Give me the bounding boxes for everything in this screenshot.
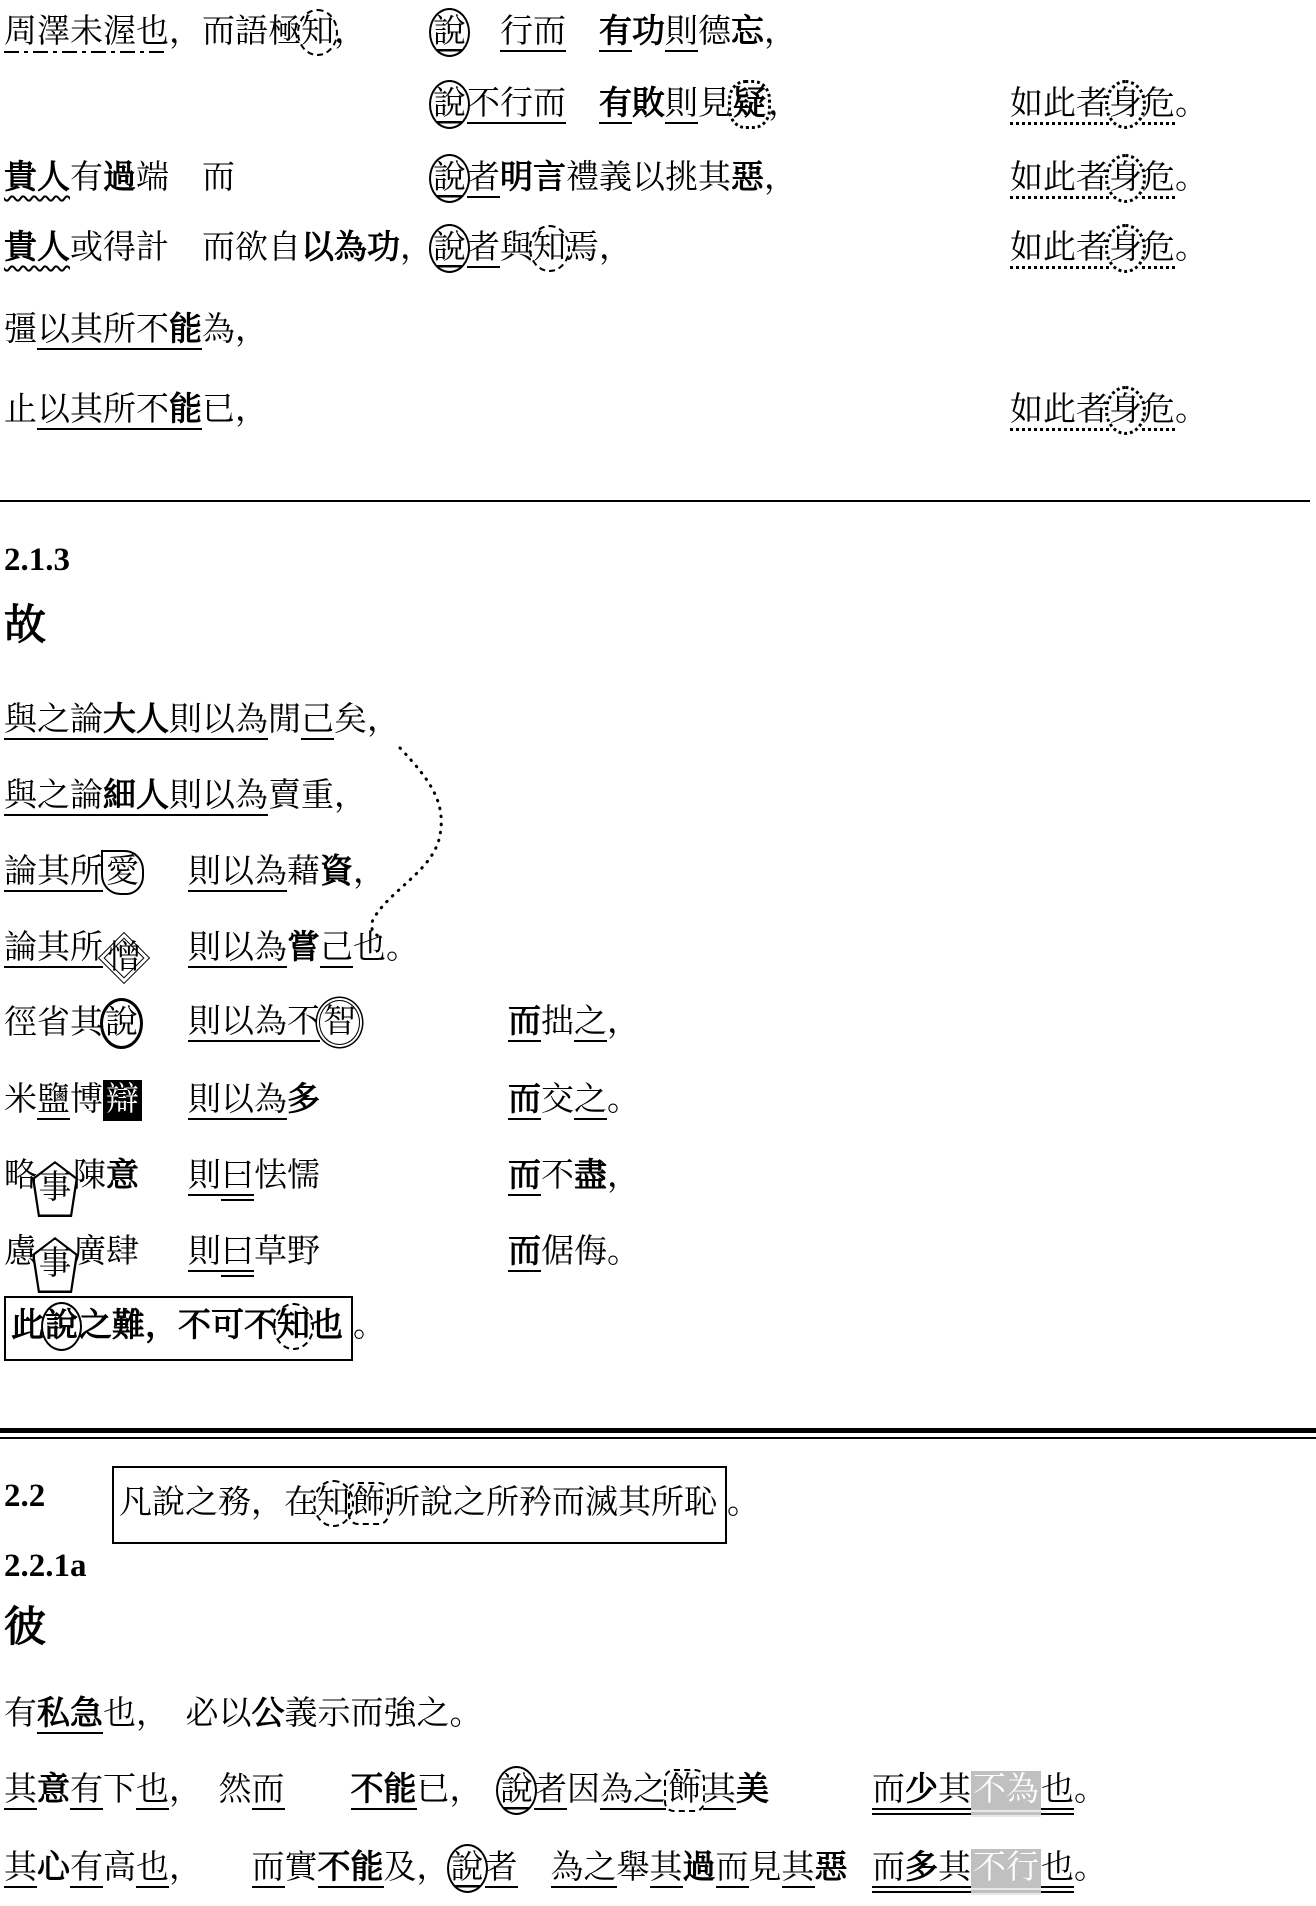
text-run: 者 <box>485 1850 518 1888</box>
text-run: 與之論 <box>4 702 103 740</box>
text-run: 者 <box>467 160 500 198</box>
text-run: 如此者 <box>1010 230 1109 269</box>
text-run: ， <box>607 1158 640 1194</box>
text-run: 彊 <box>4 312 37 348</box>
section-number-2-1-3: 2.1.3 <box>4 536 70 584</box>
text-run: 見 <box>698 86 731 122</box>
phrase: 此說之難，不可不知也。 <box>4 1296 386 1361</box>
text-run: 也 <box>136 1850 169 1888</box>
text-run: 惡 <box>731 160 764 196</box>
text-run: 以其所不 <box>37 392 169 430</box>
text-run: 則以為 <box>188 1082 287 1120</box>
text-run: 下 <box>103 1772 136 1808</box>
text-run: 飾 <box>664 1769 705 1812</box>
phrase: 與之論細人則以為賣重， <box>4 772 367 820</box>
text-run: 賣重， <box>268 778 367 814</box>
text-run: 。 <box>1175 392 1208 428</box>
phrase: 則曰怯懦 <box>188 1152 320 1200</box>
text-run: 多 <box>905 1850 938 1893</box>
text-run: 疑 <box>728 80 771 129</box>
text-run: 明言 <box>500 160 566 196</box>
text-run: ， <box>764 160 797 196</box>
text-run <box>566 86 599 122</box>
phrase: 彊以其所不能為， <box>4 306 268 354</box>
section-divider-line <box>0 500 1310 502</box>
text-run: 焉， <box>566 230 632 266</box>
text-run: 。 <box>1074 1850 1107 1886</box>
text-run: ， <box>334 14 367 50</box>
text-run: 此 <box>11 1308 44 1344</box>
text-run: 也 <box>136 1772 169 1810</box>
text-run: 高 <box>103 1850 136 1886</box>
text-run: 其 <box>650 1850 683 1888</box>
phrase: 略事陳意 <box>4 1152 139 1217</box>
text-run: ， <box>764 14 797 50</box>
phrase: 論其所憎 <box>4 924 145 983</box>
text-run: 怯懦 <box>254 1158 320 1194</box>
text-run: 草野 <box>254 1234 320 1270</box>
text-run: 能 <box>169 312 202 350</box>
sentence-period: 。 <box>727 1485 760 1521</box>
text-run: 則 <box>665 14 698 52</box>
text-run: 愛 <box>101 850 144 895</box>
text-run <box>467 14 500 50</box>
text-run: 曰 <box>221 1234 254 1277</box>
text-run: 說 <box>447 1844 488 1893</box>
text-run: 。 <box>1175 160 1208 196</box>
text-run: 其 <box>782 1850 815 1888</box>
phrase: 說 行而 有功則德忘， <box>432 8 797 57</box>
text-run: 與之論 <box>4 778 103 816</box>
text-run: 鹽 <box>37 1082 70 1120</box>
text-run: 行而 <box>500 14 566 52</box>
text-run: 則 <box>665 86 698 124</box>
text-run: 所說之所矜而滅其所恥 <box>387 1485 717 1521</box>
phrase: 則以為不智 <box>188 998 359 1046</box>
phrase: 而不盡， <box>508 1152 640 1200</box>
text-run: 身 <box>1105 386 1146 435</box>
document-page: 周澤未渥也，而語極知， 說 行而 有功則德忘， 說不行而 有敗則見疑， 如此者身… <box>0 0 1316 1906</box>
text-run: 忘 <box>731 14 764 50</box>
text-run: 實 <box>285 1850 318 1886</box>
text-run: 意 <box>106 1158 139 1194</box>
phrase: 而交之。 <box>508 1076 640 1124</box>
text-run: 說 <box>429 8 470 57</box>
text-run: 說 <box>496 1766 537 1815</box>
text-run: 因 <box>567 1772 600 1808</box>
text-run: 知 <box>297 9 338 56</box>
text-run: 論其所 <box>4 930 103 968</box>
stanza-head-bi: 彼 <box>4 1600 46 1656</box>
text-run: 而 <box>508 1158 541 1196</box>
text-run: 舉 <box>617 1850 650 1886</box>
text-run: 說 <box>100 998 143 1049</box>
text-run: 凡說之務，在 <box>119 1485 317 1521</box>
text-run: 以其所不 <box>37 312 169 350</box>
text-run: 也 <box>1041 1772 1074 1815</box>
text-run: 拙 <box>541 1004 574 1040</box>
text-run: 美 <box>736 1772 769 1808</box>
phrase: 說者與知焉， <box>432 224 632 273</box>
text-run: 辯 <box>103 1080 142 1121</box>
phrase: 如此者身危。 <box>1010 224 1208 273</box>
phrase: 說不行而 有敗則見疑， <box>432 80 801 129</box>
text-run: 說 <box>429 224 470 273</box>
text-run: 論其所 <box>4 854 103 892</box>
text-run: 其 <box>4 1850 37 1888</box>
text-run: 者 <box>467 230 500 268</box>
text-run: 資 <box>320 854 353 890</box>
text-run: 危 <box>1142 86 1175 125</box>
text-run: 飾 <box>348 1482 389 1525</box>
text-run: 也 <box>310 1308 343 1344</box>
sentence-period: 。 <box>353 1308 386 1344</box>
text-run: 之 <box>574 1004 607 1042</box>
text-run: 則以為 <box>188 930 287 968</box>
phrase: 凡說之務，在知飾所說之所矜而滅其所恥。 <box>112 1466 760 1544</box>
text-run: 也 <box>1041 1850 1074 1893</box>
text-run: 嘗 <box>287 930 320 966</box>
text-run: 敗 <box>632 86 665 122</box>
phrase: 而多其不行也。 <box>872 1844 1107 1895</box>
text-run: 大人 <box>103 702 169 740</box>
text-run: 知 <box>529 225 570 272</box>
text-run: 米 <box>4 1082 37 1118</box>
text-run: 而 <box>872 1850 905 1893</box>
text-run: 廣肆 <box>73 1234 139 1270</box>
phrase: 而拙之， <box>508 998 640 1046</box>
text-run: 之 <box>574 1082 607 1120</box>
phrase: 貴人或得計 而欲自以為功， <box>4 224 433 272</box>
text-run: 不行 <box>971 1849 1041 1895</box>
text-run: 而 <box>872 1772 905 1815</box>
phrase: 有私急也， 必以公義示而強之。 <box>4 1690 483 1738</box>
text-run: 有 <box>599 86 632 124</box>
text-run: 或得計 而欲自 <box>70 230 301 266</box>
text-run: 事 <box>32 1237 78 1293</box>
text-run: 說 <box>41 1302 82 1351</box>
text-run: 為之 <box>600 1772 666 1810</box>
text-run: 身 <box>1105 154 1146 203</box>
text-run: 危 <box>1142 230 1175 269</box>
text-run: 義示而強之。 <box>285 1696 483 1732</box>
text-run <box>566 14 599 50</box>
text-run: 。 <box>607 1082 640 1118</box>
text-run: 功 <box>632 14 665 50</box>
text-run: ，而語極 <box>169 14 301 50</box>
text-run: 止 <box>4 392 37 428</box>
text-run: 如此者 <box>1010 392 1109 431</box>
phrase: 而少其不為也。 <box>872 1766 1107 1817</box>
text-run: 。 <box>1175 86 1208 122</box>
text-run: ， <box>353 854 386 890</box>
text-run: 。 <box>1074 1772 1107 1808</box>
text-run: 知 <box>273 1303 314 1350</box>
text-run: 不能 <box>318 1850 384 1888</box>
text-run: 貴人 <box>4 230 70 266</box>
phrase: 則以為多 <box>188 1076 320 1124</box>
text-run: 盡 <box>574 1158 607 1194</box>
text-run: 有 <box>70 1772 103 1810</box>
text-run: 則以為 <box>169 702 268 740</box>
section-number-2-2-1a: 2.2.1a <box>4 1542 87 1590</box>
text-run: 已， <box>417 1772 500 1808</box>
text-run: 心 <box>37 1850 70 1886</box>
text-run: 藉 <box>287 854 320 890</box>
text-run: 已， <box>202 392 268 428</box>
text-run: 曰 <box>221 1158 254 1201</box>
text-run: 說 <box>429 154 470 203</box>
text-run: 其 <box>938 1850 971 1893</box>
text-run: 智 <box>319 1000 360 1045</box>
text-run: 私急 <box>37 1696 103 1734</box>
text-run: 公 <box>252 1696 285 1732</box>
text-run: 者 <box>534 1772 567 1810</box>
text-run: 有 <box>70 160 103 196</box>
text-run: 能 <box>169 392 202 430</box>
text-run: 。 <box>1175 230 1208 266</box>
text-run: 其 <box>938 1772 971 1815</box>
text-run: ， <box>607 1004 640 1040</box>
text-run: 細人 <box>103 778 169 816</box>
boxed-sentence: 此說之難，不可不知也 <box>4 1296 353 1361</box>
text-run: 為， <box>202 312 268 348</box>
boxed-sentence: 凡說之務，在知飾所說之所矜而滅其所恥 <box>112 1466 727 1544</box>
text-run: 如此者 <box>1010 86 1109 125</box>
phrase: 而倨侮。 <box>508 1228 640 1276</box>
text-run: 憎 <box>99 933 149 983</box>
phrase: 說者明言禮義以挑其惡， <box>432 154 797 203</box>
phrase: 慮事廣肆 <box>4 1228 139 1293</box>
text-run <box>285 1772 351 1808</box>
phrase: 周澤未渥也，而語極知， <box>4 8 367 56</box>
text-run: 則以為 <box>188 854 287 892</box>
text-run: 周澤未渥也 <box>4 14 169 53</box>
text-run: 而 <box>252 1772 285 1810</box>
text-run: 不 <box>541 1158 574 1194</box>
text-run: 徑省其 <box>4 1005 103 1041</box>
text-run: 不為 <box>971 1771 1041 1817</box>
text-run: 不能 <box>351 1772 417 1810</box>
text-run: 己 <box>301 702 334 740</box>
phrase: 論其所愛 <box>4 848 142 896</box>
text-run: 則以為不 <box>188 1004 320 1042</box>
text-run: 倨侮 <box>541 1234 607 1270</box>
text-run: 多 <box>287 1082 320 1118</box>
text-run: 其 <box>4 1772 37 1810</box>
text-run: 不行而 <box>467 86 566 124</box>
text-run: 矣， <box>334 702 400 738</box>
text-run: 而 <box>508 1082 541 1120</box>
text-run: 危 <box>1142 392 1175 431</box>
phrase: 與之論大人則以為閒己矣， <box>4 696 400 744</box>
phrase: 其心有高也， 而實不能及，說者 為之舉其過而見其惡 <box>4 1844 848 1893</box>
phrase: 徑省其說 <box>4 998 140 1049</box>
text-run: 禮義以挑其 <box>566 160 731 196</box>
section-divider-bar <box>0 1428 1316 1439</box>
text-run: 貴人 <box>4 160 70 196</box>
phrase: 則以為藉資， <box>188 848 386 896</box>
text-run: 端 而 <box>136 160 235 196</box>
phrase: 米鹽博辯 <box>4 1076 142 1124</box>
text-run: 也， 必以 <box>103 1696 252 1732</box>
text-run: 為之 <box>551 1850 617 1888</box>
phrase: 如此者身危。 <box>1010 80 1208 129</box>
text-run: 而 <box>508 1234 541 1272</box>
phrase: 貴人有過端 而 <box>4 154 235 202</box>
phrase: 止以其所不能已， <box>4 386 268 434</box>
text-run: 有 <box>599 14 632 52</box>
text-run: 則 <box>188 1158 221 1196</box>
section-number-2-2: 2.2 <box>4 1472 45 1520</box>
text-run: 則以為 <box>169 778 268 816</box>
text-run: 博 <box>70 1082 103 1118</box>
text-run: 以為功 <box>301 230 400 266</box>
text-run: 有 <box>4 1696 37 1732</box>
phrase: 則曰草野 <box>188 1228 320 1276</box>
text-run: 閒 <box>268 702 301 738</box>
text-run: 過 <box>683 1850 716 1886</box>
text-run <box>518 1850 551 1886</box>
text-run: 如此者 <box>1010 160 1109 199</box>
text-run: 而 <box>716 1850 749 1888</box>
phrase: 其意有下也， 然而 不能已， 說者因為之飾其美 <box>4 1766 769 1815</box>
text-run: 德 <box>698 14 731 50</box>
stanza-head-gu: 故 <box>4 598 46 654</box>
text-run: ， 然 <box>169 1772 252 1808</box>
text-run: 事 <box>32 1161 78 1217</box>
text-run: 之難，不可不 <box>79 1308 277 1344</box>
text-run: 惡 <box>815 1850 848 1886</box>
text-run: 身 <box>1105 224 1146 273</box>
text-run: 危 <box>1142 160 1175 199</box>
text-run: 說 <box>429 80 470 129</box>
text-run: ， <box>768 86 801 122</box>
text-run: 少 <box>905 1772 938 1815</box>
text-run: 見 <box>749 1850 782 1886</box>
text-run: 而 <box>508 1004 541 1042</box>
text-run: 也。 <box>353 930 419 966</box>
phrase: 如此者身危。 <box>1010 386 1208 435</box>
text-run: 。 <box>607 1234 640 1270</box>
text-run: 己 <box>320 930 353 968</box>
text-run: 意 <box>37 1772 70 1808</box>
text-run: 過 <box>103 160 136 196</box>
text-run: 有 <box>70 1850 103 1888</box>
text-run: 則 <box>188 1234 221 1272</box>
text-run: 身 <box>1105 80 1146 129</box>
text-run: 其 <box>703 1772 736 1810</box>
text-run: 而 <box>252 1850 285 1888</box>
text-run: 交 <box>541 1082 574 1118</box>
text-run: ， <box>169 1850 252 1886</box>
phrase: 如此者身危。 <box>1010 154 1208 203</box>
text-run: 及， <box>384 1850 450 1886</box>
phrase: 則以為嘗己也。 <box>188 924 419 972</box>
